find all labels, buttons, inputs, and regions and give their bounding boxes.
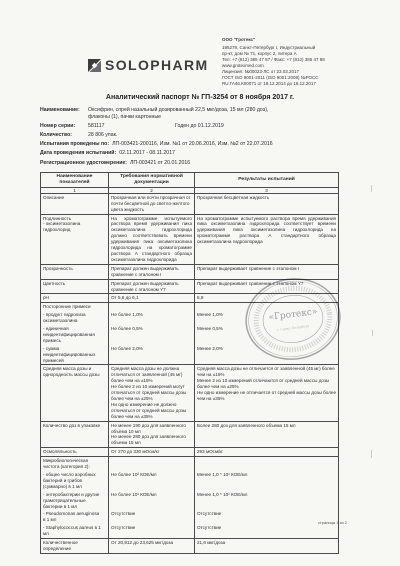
cell-name: Количественное определение — [41, 539, 109, 554]
cell-res: Отсутствие — [195, 524, 339, 538]
document-fields: Наименование:Оксифрин, спрей назальный д… — [40, 107, 352, 169]
company-info: ООО "Гротекс"195279, Санкт-Петербург г, … — [222, 37, 372, 87]
cell-req: От 5,6 до 6,1 — [109, 294, 195, 303]
cell-res: На хроматограмме испытуемого раствора вр… — [195, 214, 339, 264]
field-value: ЛП-003421-200116, Изм. №1 от 20.06.2016,… — [112, 141, 352, 148]
table-row: ОписаниеПрозрачная или почти прозрачная … — [41, 193, 339, 214]
cell-name: Цветность — [41, 279, 109, 294]
cell-req: Препарат должен выдерживать сравнение с … — [109, 279, 195, 294]
table-row: - Staphylococcus aureus в 1 млОтсутствие… — [41, 524, 339, 538]
cell-name: - Pseudomonas aeruginosa в 1 мл — [41, 510, 109, 524]
company-info-line: RU.ГА46.К00071 от 18.12.2014 до 18.12.20… — [222, 81, 372, 87]
table-row: - сумма неидентифицированных примесейНе … — [41, 345, 339, 365]
cell-res: Отсутствие — [195, 510, 339, 524]
cell-res: Более 280 доз для заявленного объема 15 … — [195, 421, 339, 448]
scan-artifact — [371, 185, 372, 192]
cell-name: Описание — [41, 193, 109, 214]
table-row: Посторонние примеси — [41, 303, 339, 311]
cell-name: - продукт гидролиза оксиметазолина — [41, 311, 109, 325]
cell-name: - единичная неидентифицированная примесь — [41, 325, 109, 345]
table-row: ЦветностьПрепарат должен выдерживать сра… — [41, 279, 339, 294]
scan-artifact — [371, 450, 372, 458]
cell-req: Прозрачная или почти прозрачная от почти… — [109, 193, 195, 214]
cell-req: Препарат должен выдерживать сравнение с … — [109, 264, 195, 279]
cell-name: - энтеробактерии и другие грамотрицатель… — [41, 491, 109, 511]
cell-name: Осмоляльность — [41, 448, 109, 457]
cell-req: Не менее 190 доз для заявленного объема … — [109, 421, 195, 448]
field-label: Наименование: — [40, 107, 88, 120]
cell-res — [195, 303, 339, 311]
cell-req — [109, 303, 195, 311]
table-row: - энтеробактерии и другие грамотрицатель… — [41, 491, 339, 511]
document-field: Наименование:Оксифрин, спрей назальный д… — [40, 107, 352, 120]
cell-req: Отсутствие — [109, 510, 195, 524]
cell-res: Менее 2,0% — [195, 345, 339, 365]
cell-req: Средняя масса дозы не должна отличаться … — [109, 365, 195, 421]
document-field: Дата проведения испытаний:02.11.2017 - 0… — [40, 150, 352, 157]
cell-res: Препарат выдерживает сравнение с эталоно… — [195, 264, 339, 279]
field-value: 28 806 упак. — [88, 132, 352, 139]
document-field: Номер серии:581117Годен до 01.12.2019 — [40, 123, 352, 130]
cell-res: 21,6 мкг/доза — [195, 539, 339, 554]
field-label: Испытания проведены по: — [40, 141, 109, 148]
cell-req: Не более 0,5% — [109, 325, 195, 345]
column-header: Наименование показателей — [41, 173, 109, 188]
document-field: Испытания проведены по:ЛП-003421-200116,… — [40, 141, 352, 148]
cell-res: Средняя масса дозы не отличается от заяв… — [195, 365, 339, 421]
cell-name: - сумма неидентифицированных примесей — [41, 345, 109, 365]
cell-res: Менее 0,5% — [195, 325, 339, 345]
cell-res: Препарат выдерживает сравнение с эталоно… — [195, 279, 339, 294]
document-field: Количество:28 806 упак. — [40, 132, 352, 139]
field-label: Дата проведения испытаний: — [40, 150, 116, 157]
cell-name: Средняя масса дозы и однородность массы … — [41, 365, 109, 421]
cell-name: pH — [41, 294, 109, 303]
cell-req: Не более 10² КОЕ/мл — [109, 471, 195, 491]
table-row: Подлинность - оксиметазолина гидрохлорид… — [41, 214, 339, 264]
cell-res: 5,9 — [195, 294, 339, 303]
table-row: pHОт 5,6 до 6,15,9 — [41, 294, 339, 303]
scan-artifact — [372, 330, 373, 336]
cell-res: Прозрачная бесцветная жидкость — [195, 193, 339, 214]
cell-req: Не более 1,0% — [109, 311, 195, 325]
document-field: Регистрационное удостоверение:ЛП-003421 … — [40, 160, 352, 167]
logo-text: SOLOPHARM — [105, 57, 209, 73]
field-label: Номер серии: — [40, 123, 88, 130]
field-value: Оксифрин, спрей назальный дозированный 2… — [88, 107, 352, 120]
table-row: Количество доз в упаковкеНе менее 190 до… — [41, 421, 339, 448]
column-header: Требования нормативной документации — [109, 173, 195, 188]
cell-name: - Staphylococcus aureus в 1 мл — [41, 524, 109, 538]
field-label: Регистрационное удостоверение: — [40, 160, 127, 167]
cell-res: 293 мОсм/кг — [195, 448, 339, 457]
cell-res: Менее 1,0% — [195, 311, 339, 325]
field-value: ЛП-003421 от 20.01.2016 — [130, 160, 352, 167]
cell-req: От 270 до 330 мОсм/кг — [109, 448, 195, 457]
table-row: Микробиологическая чистота (категория 2)… — [41, 457, 339, 471]
field-extra: Годен до 01.12.2019 — [175, 123, 224, 130]
cell-res: Менее 1,0 * 10¹ КОЕ/мл — [195, 491, 339, 511]
analytical-passport-page: SOLOPHARM ООО "Гротекс"195279, Санкт-Пет… — [0, 0, 400, 566]
field-value: 02.11.2017 - 08.11.2017 — [119, 150, 352, 157]
cell-req: Не более 10¹ КОЕ/мл — [109, 491, 195, 511]
cell-name: Прозрачность — [41, 264, 109, 279]
table-row: ПрозрачностьПрепарат должен выдерживать … — [41, 264, 339, 279]
table-row: - единичная неидентифицированная примесь… — [41, 325, 339, 345]
cell-res: Менее 1,0 * 10¹ КОЕ/мл — [195, 471, 339, 491]
cell-name: Микробиологическая чистота (категория 2)… — [41, 457, 109, 471]
table-row: ОсмоляльностьОт 270 до 330 мОсм/кг293 мО… — [41, 448, 339, 457]
company-name: ООО "Гротекс" — [222, 37, 372, 43]
cell-req — [109, 457, 195, 471]
cell-name: Подлинность - оксиметазолина гидрохлорид — [41, 214, 109, 264]
table-row: Количественное определениеОт 20,812 до 2… — [41, 539, 339, 554]
cell-name: - общее число аэробных бактерий и грибов… — [41, 471, 109, 491]
solopharm-logo-icon — [88, 59, 101, 72]
table-row: Средняя масса дозы и однородность массы … — [41, 365, 339, 421]
field-label: Количество: — [40, 132, 88, 139]
solopharm-logo: SOLOPHARM — [88, 57, 209, 73]
cell-req: Не более 2,0% — [109, 345, 195, 365]
cell-res — [195, 457, 339, 471]
cell-req: На хроматограмме испытуемого раствора вр… — [109, 214, 195, 264]
document-title: Аналитический паспорт № ГП-3254 от 8 ноя… — [0, 94, 400, 101]
cell-req: От 20,812 до 23,625 мкг/доза — [109, 539, 195, 554]
cell-name: Количество доз в упаковке — [41, 421, 109, 448]
table-row: - общее число аэробных бактерий и грибов… — [41, 471, 339, 491]
table-row: - Pseudomonas aeruginosa в 1 млОтсутстви… — [41, 510, 339, 524]
spec-table: Наименование показателейТребования норма… — [40, 172, 339, 554]
page-footer: страница 1 из 2 — [318, 520, 347, 525]
cell-req: Отсутствие — [109, 524, 195, 538]
table-row: - продукт гидролиза оксиметазолинаНе бол… — [41, 311, 339, 325]
cell-name: Посторонние примеси — [41, 303, 109, 311]
column-header: Результаты испытаний — [195, 173, 339, 188]
